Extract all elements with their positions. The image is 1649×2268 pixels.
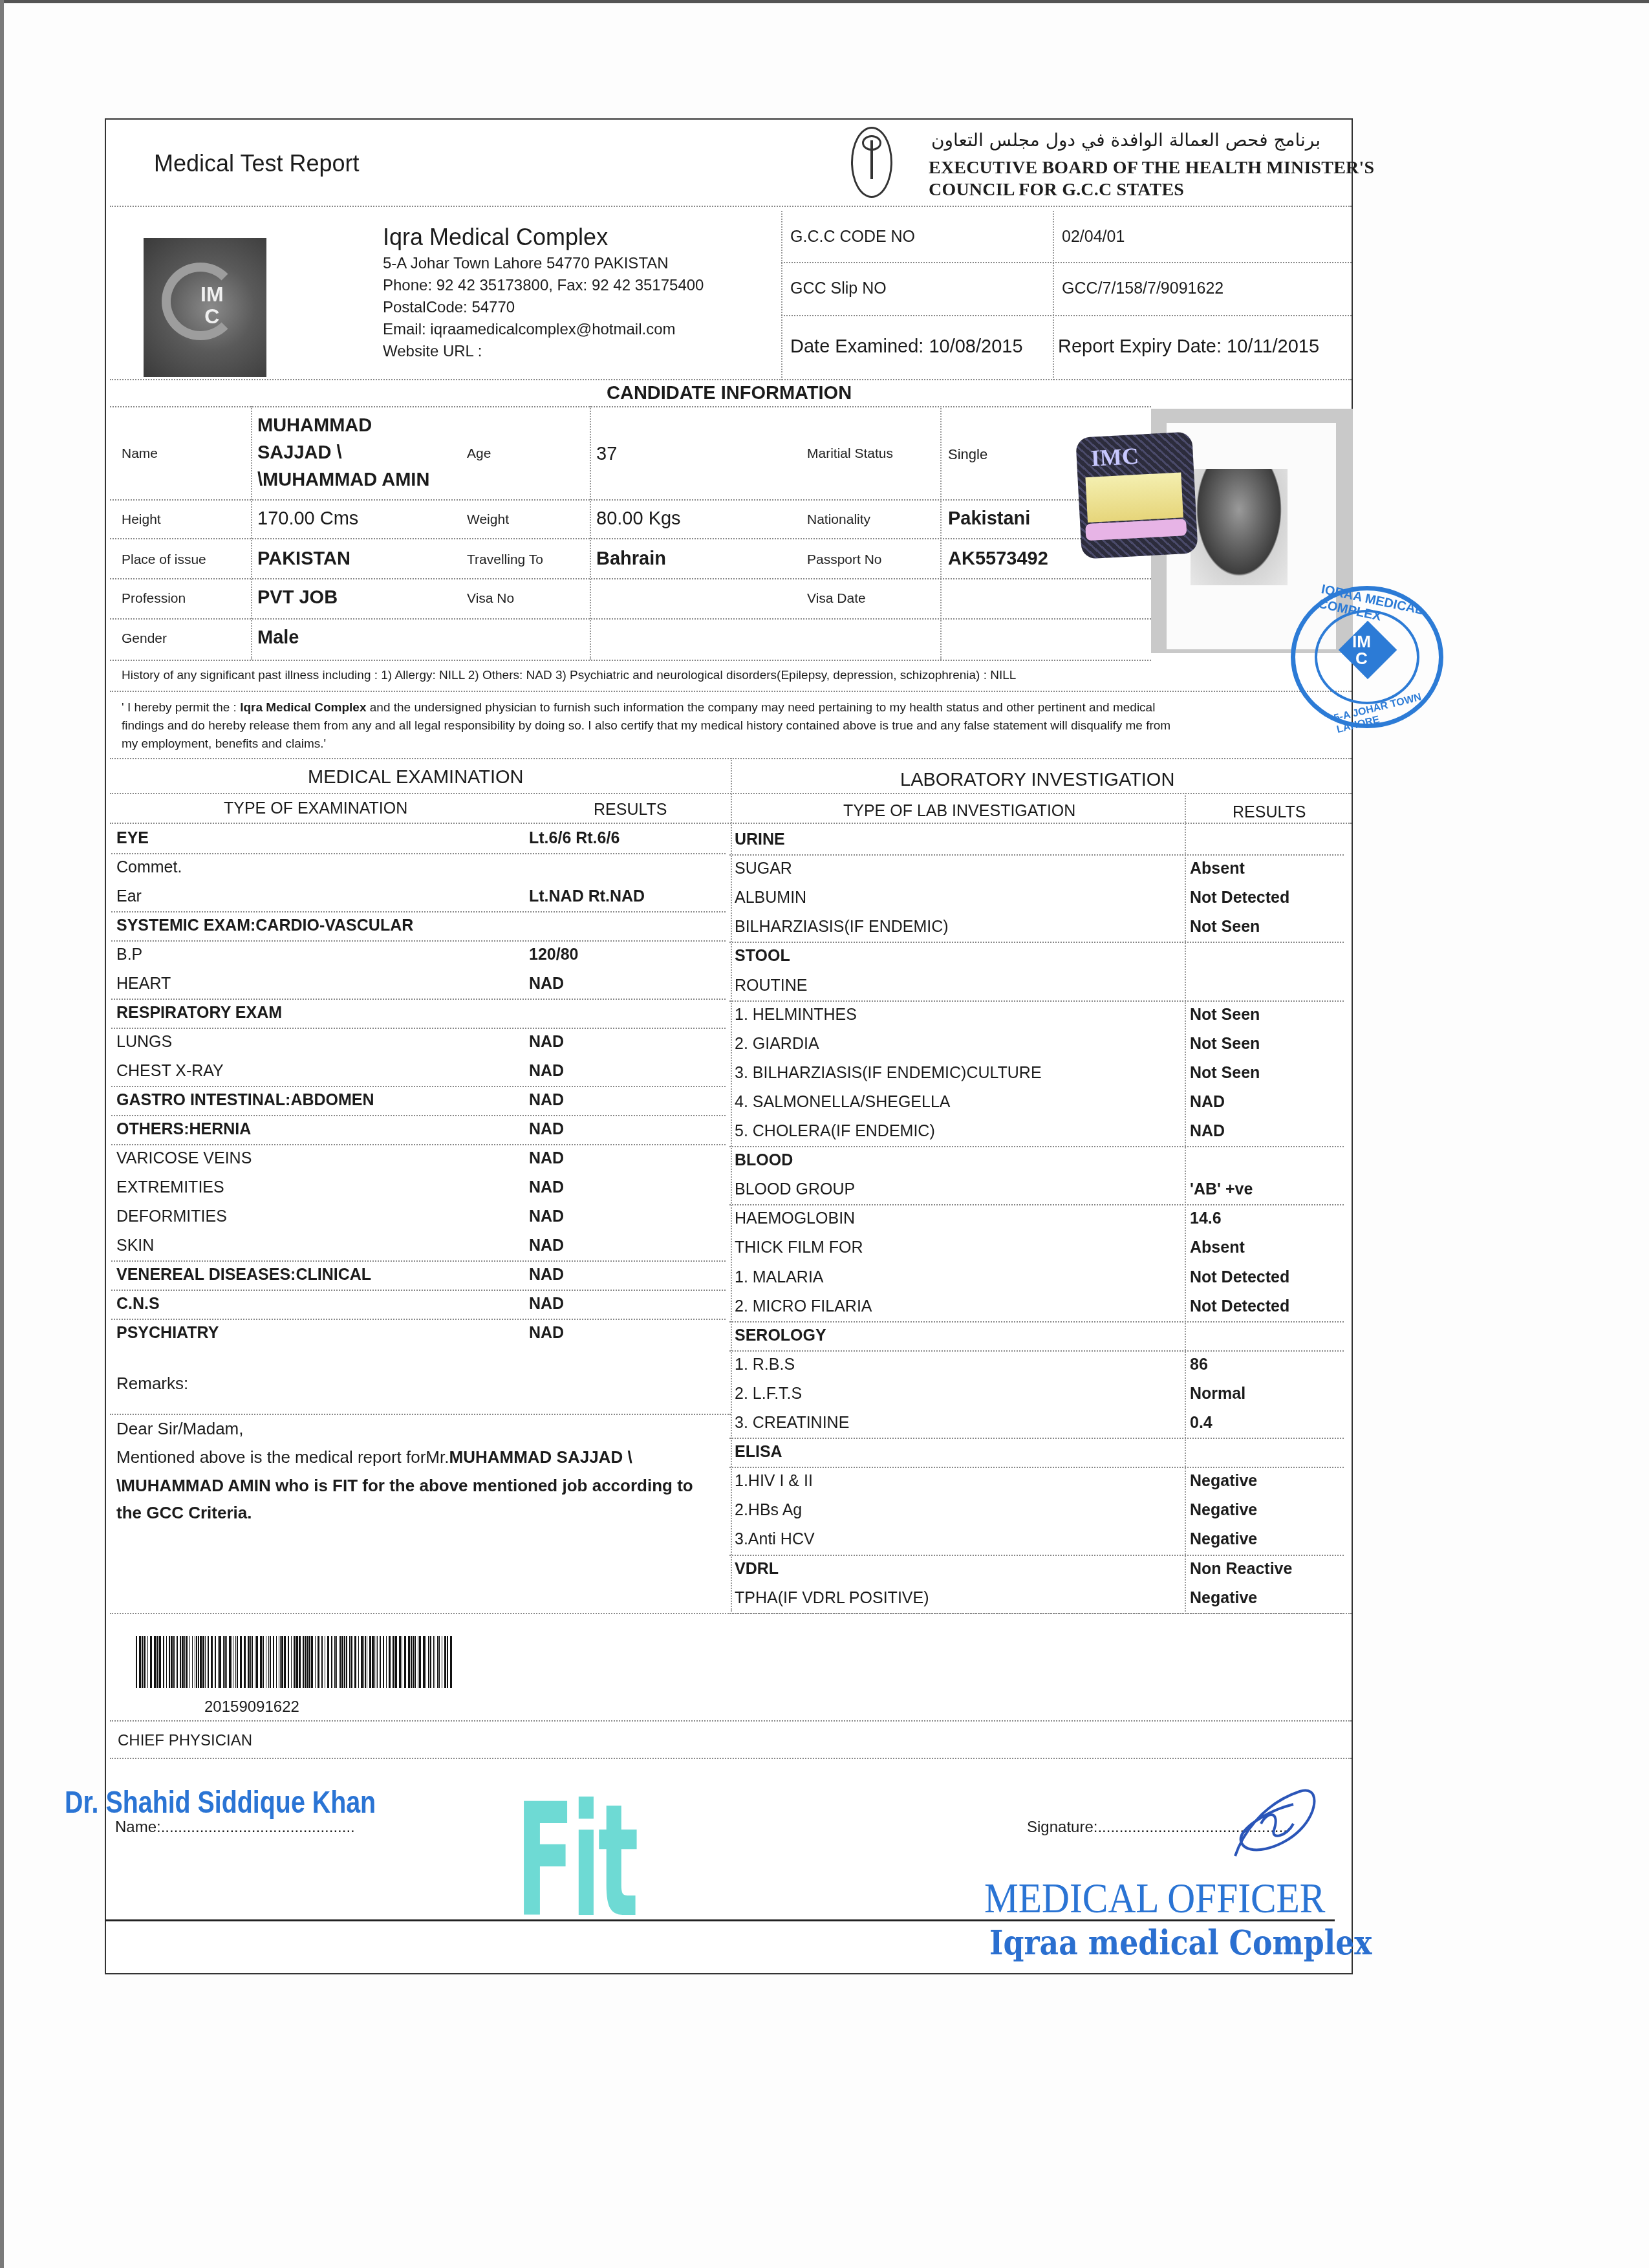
- divider: [110, 823, 1352, 824]
- chief-physician-label: CHIEF PHYSICIAN: [118, 1732, 252, 1750]
- consent-line-1: ' I hereby permit the : Iqra Medical Com…: [122, 701, 1155, 715]
- candidate-section-title: CANDIDATE INFORMATION: [607, 383, 852, 404]
- medical-col-results: RESULTS: [594, 801, 667, 819]
- gcc-code-value: 02/04/01: [1062, 228, 1125, 246]
- divider: [111, 911, 726, 913]
- divider: [110, 499, 1151, 501]
- report-title: Medical Test Report: [154, 150, 359, 177]
- profession-label: Profession: [122, 591, 186, 607]
- lab-row-result: Normal: [1190, 1385, 1245, 1403]
- divider: [781, 211, 782, 380]
- divider: [1185, 793, 1186, 1614]
- medical-row-label: SKIN: [116, 1237, 154, 1255]
- medical-row-result: NAD: [529, 1149, 564, 1168]
- lab-row-label: 2. L.F.T.S: [735, 1385, 802, 1403]
- lab-col-results: RESULTS: [1233, 803, 1306, 822]
- lab-row-result: 'AB' +ve: [1190, 1180, 1253, 1199]
- divider: [940, 406, 942, 660]
- consent-line-2: findings and do hereby release them from…: [122, 719, 1170, 733]
- lab-row-result: Not Seen: [1190, 1006, 1260, 1024]
- doctor-name-stamp: Dr. Shahid Siddique Khan: [65, 1785, 376, 1820]
- lab-row-label: 2. GIARDIA: [735, 1035, 819, 1053]
- clinic-name-stamp: Iqraa medical Complex: [989, 1923, 1372, 1963]
- lab-row-result: Negative: [1190, 1589, 1257, 1608]
- divider: [111, 999, 726, 1000]
- lab-row-label: URINE: [735, 830, 785, 849]
- divider: [110, 406, 1151, 407]
- divider: [251, 406, 252, 660]
- divider: [111, 1319, 726, 1320]
- divider: [110, 1414, 731, 1415]
- medical-row-label: Ear: [116, 887, 142, 906]
- clinic-round-stamp: IMC IQRAA MEDICAL COMPLEX 5-A JOHAR TOWN…: [1291, 586, 1443, 728]
- lab-row-label: 2.HBs Ag: [735, 1501, 802, 1520]
- divider: [781, 262, 1352, 263]
- lab-row-result: NAD: [1190, 1122, 1225, 1141]
- medical-row-label: HEART: [116, 975, 171, 993]
- name-field-label: Name:...................................…: [115, 1819, 355, 1837]
- divider: [781, 315, 1352, 316]
- divider: [110, 206, 1352, 207]
- divider: [110, 618, 1151, 620]
- imc-hologram-sticker: IMC: [1075, 431, 1198, 559]
- travelling-to-label: Travelling To: [467, 552, 543, 568]
- age-label: Age: [467, 446, 491, 462]
- medical-row-result: NAD: [529, 1120, 564, 1139]
- divider: [111, 1290, 726, 1291]
- medical-col-type: TYPE OF EXAMINATION: [224, 799, 407, 818]
- divider: [729, 1438, 1344, 1439]
- divider: [111, 940, 726, 942]
- lab-row-label: ALBUMIN: [735, 889, 806, 907]
- divider: [111, 1028, 726, 1029]
- name-label: Name: [122, 446, 158, 462]
- medical-row-result: NAD: [529, 1237, 564, 1255]
- lab-row-result: Not Detected: [1190, 1268, 1289, 1287]
- place-of-issue-value: PAKISTAN: [257, 548, 350, 570]
- lab-row-result: 0.4: [1190, 1414, 1212, 1432]
- medical-exam-title: MEDICAL EXAMINATION: [308, 767, 524, 788]
- letter-line-1: Mentioned above is the medical report fo…: [116, 1447, 632, 1467]
- lab-row-label: SUGAR: [735, 859, 792, 878]
- visa-no-label: Visa No: [467, 591, 514, 607]
- letter-line-2: \MUHAMMAD AMIN who is FIT for the above …: [116, 1476, 693, 1496]
- clinic-postal: PostalCode: 54770: [383, 299, 515, 317]
- medical-row-result: NAD: [529, 1266, 564, 1284]
- medical-row-label: DEFORMITIES: [116, 1207, 227, 1226]
- gender-label: Gender: [122, 631, 167, 647]
- signature-scribble-icon: [1222, 1785, 1326, 1863]
- name-line-2: SAJJAD \: [257, 442, 342, 464]
- profession-value: PVT JOB: [257, 587, 338, 609]
- divider: [110, 538, 1151, 539]
- lab-row-label: 3.Anti HCV: [735, 1530, 815, 1549]
- medical-row-label: OTHERS:HERNIA: [116, 1120, 251, 1139]
- hologram-label: IMC: [1090, 442, 1139, 472]
- passport-value: AK5573492: [948, 548, 1048, 570]
- nationality-value: Pakistani: [948, 508, 1030, 530]
- divider: [590, 406, 591, 660]
- lab-row-result: Not Seen: [1190, 1035, 1260, 1053]
- lab-row-label: TPHA(IF VDRL POSITIVE): [735, 1589, 929, 1608]
- lab-col-type: TYPE OF LAB INVESTIGATION: [843, 802, 1075, 821]
- gcc-emblem-icon: [851, 127, 892, 198]
- marital-label: Maritial Status: [807, 446, 893, 462]
- lab-title: LABORATORY INVESTIGATION: [900, 770, 1174, 791]
- medical-row-label: EXTREMITIES: [116, 1178, 224, 1197]
- divider: [729, 1000, 1344, 1002]
- medical-row-label: CHEST X-RAY: [116, 1062, 224, 1081]
- age-value: 37: [596, 444, 617, 465]
- lab-row-label: ELISA: [735, 1443, 782, 1462]
- clinic-address: 5-A Johar Town Lahore 54770 PAKISTAN: [383, 255, 669, 273]
- lab-row-label: HAEMOGLOBIN: [735, 1209, 855, 1228]
- divider: [731, 758, 732, 1612]
- lab-row-label: 1.HIV I & II: [735, 1472, 813, 1491]
- divider: [111, 1260, 726, 1262]
- divider: [111, 1115, 726, 1116]
- medical-row-result: NAD: [529, 975, 564, 993]
- medical-row-result: 120/80: [529, 945, 578, 964]
- medical-row-label: LUNGS: [116, 1033, 172, 1052]
- divider: [110, 660, 1151, 661]
- lab-row-result: Negative: [1190, 1530, 1257, 1549]
- candidate-photo: [1191, 469, 1288, 585]
- remarks-label: Remarks:: [116, 1374, 188, 1394]
- lab-row-result: 14.6: [1190, 1209, 1222, 1228]
- lab-row-label: 5. CHOLERA(IF ENDEMIC): [735, 1122, 935, 1141]
- medical-row-result: NAD: [529, 1033, 564, 1052]
- medical-officer-stamp: MEDICAL OFFICER: [984, 1874, 1325, 1923]
- medical-row-label: GASTRO INTESTINAL:ABDOMEN: [116, 1091, 374, 1110]
- height-label: Height: [122, 512, 161, 528]
- nationality-label: Nationality: [807, 512, 870, 528]
- divider: [729, 1350, 1344, 1352]
- stamp-center-text: IMC: [1352, 633, 1371, 667]
- height-value: 170.00 Cms: [257, 508, 358, 530]
- name-line-3: \MUHAMMAD AMIN: [257, 470, 429, 491]
- medical-row-label: EYE: [116, 829, 149, 848]
- medical-row-result: NAD: [529, 1178, 564, 1197]
- gcc-slip-label: GCC Slip NO: [790, 279, 887, 298]
- lab-row-result: Absent: [1190, 859, 1245, 878]
- marital-value: Single: [948, 446, 987, 463]
- medical-row-label: VENEREAL DISEASES:CLINICAL: [116, 1266, 371, 1284]
- lab-row-result: Not Detected: [1190, 1297, 1289, 1316]
- medical-row-label: PSYCHIATRY: [116, 1324, 219, 1343]
- lab-row-label: 3. BILHARZIASIS(IF ENDEMIC)CULTURE: [735, 1064, 1042, 1083]
- lab-row-label: 1. R.B.S: [735, 1355, 795, 1374]
- divider: [110, 1613, 1352, 1614]
- divider: [729, 1467, 1344, 1468]
- lab-row-result: Negative: [1190, 1472, 1257, 1491]
- clinic-website: Website URL :: [383, 343, 482, 361]
- divider: [1053, 211, 1054, 380]
- consent-line-3: my employment, benefits and claims.': [122, 737, 326, 751]
- lab-row-label: 4. SALMONELLA/SHEGELLA: [735, 1093, 950, 1112]
- divider: [111, 853, 726, 854]
- medical-row-label: B.P: [116, 945, 142, 964]
- board-arabic: برنامج فحص العمالة الوافدة في دول مجلس ا…: [931, 129, 1320, 151]
- divider: [111, 1086, 726, 1087]
- place-of-issue-label: Place of issue: [122, 552, 206, 568]
- scan-left-edge: [0, 0, 4, 2268]
- visa-date-label: Visa Date: [807, 591, 866, 607]
- gcc-code-label: G.C.C CODE NO: [790, 228, 915, 246]
- clinic-phone-fax: Phone: 92 42 35173800, Fax: 92 42 351754…: [383, 277, 704, 295]
- gender-value: Male: [257, 627, 299, 649]
- lab-row-result: Not Seen: [1190, 1064, 1260, 1083]
- fit-stamp: Fit: [516, 1771, 636, 1952]
- lab-row-result: NAD: [1190, 1093, 1225, 1112]
- divider: [111, 1144, 726, 1145]
- lab-row-label: 1. MALARIA: [735, 1268, 824, 1287]
- medical-row-result: NAD: [529, 1091, 564, 1110]
- divider: [110, 1758, 1352, 1759]
- medical-row-result: NAD: [529, 1324, 564, 1343]
- lab-row-label: 3. CREATININE: [735, 1414, 849, 1432]
- weight-label: Weight: [467, 512, 509, 528]
- divider: [729, 942, 1344, 943]
- divider: [110, 379, 1352, 380]
- lab-row-result: Negative: [1190, 1501, 1257, 1520]
- letter-line-3: the GCC Criteria.: [116, 1503, 252, 1523]
- medical-row-label: C.N.S: [116, 1295, 160, 1313]
- medical-row-result: NAD: [529, 1062, 564, 1081]
- divider: [110, 1720, 1352, 1722]
- scan-top-edge: [0, 0, 1649, 3]
- divider: [729, 1321, 1344, 1323]
- medical-row-result: NAD: [529, 1295, 564, 1313]
- name-line-1: MUHAMMAD: [257, 415, 372, 437]
- report-expiry-date: Report Expiry Date: 10/11/2015: [1058, 336, 1319, 358]
- travelling-to-value: Bahrain: [596, 548, 666, 570]
- medical-row-label: Commet.: [116, 858, 182, 877]
- clinic-name: Iqra Medical Complex: [383, 224, 608, 251]
- barcode: [136, 1636, 455, 1688]
- lab-row-label: 2. MICRO FILARIA: [735, 1297, 872, 1316]
- letter-greeting: Dear Sir/Madam,: [116, 1419, 244, 1439]
- divider: [110, 793, 1352, 794]
- logo-letters: IMC: [200, 283, 224, 327]
- divider: [729, 1555, 1344, 1556]
- lab-row-label: VDRL: [735, 1560, 779, 1579]
- board-line-1: EXECUTIVE BOARD OF THE HEALTH MINISTER'S: [929, 158, 1374, 178]
- divider: [729, 1146, 1344, 1147]
- hologram-ribbon: [1085, 519, 1187, 541]
- lab-row-result: Not Seen: [1190, 918, 1260, 936]
- lab-row-label: THICK FILM FOR: [735, 1238, 863, 1257]
- medical-row-label: VARICOSE VEINS: [116, 1149, 252, 1168]
- lab-row-result: 86: [1190, 1355, 1208, 1374]
- lab-row-result: Not Detected: [1190, 889, 1289, 907]
- lab-row-label: SEROLOGY: [735, 1326, 826, 1345]
- lab-row-label: BILHARZIASIS(IF ENDEMIC): [735, 918, 949, 936]
- illness-history: History of any significant past illness …: [122, 669, 1016, 683]
- medical-row-result: NAD: [529, 1207, 564, 1226]
- lab-row-result: Non Reactive: [1190, 1560, 1292, 1579]
- gcc-slip-value: GCC/7/158/7/9091622: [1062, 279, 1223, 298]
- divider: [729, 854, 1344, 856]
- barcode-number: 20159091622: [204, 1698, 299, 1716]
- divider: [110, 578, 1151, 579]
- lab-row-result: Absent: [1190, 1238, 1245, 1257]
- lab-row-label: BLOOD GROUP: [735, 1180, 855, 1199]
- lab-row-label: 1. HELMINTHES: [735, 1006, 857, 1024]
- weight-value: 80.00 Kgs: [596, 508, 681, 530]
- date-examined: Date Examined: 10/08/2015: [790, 336, 1023, 358]
- medical-row-result: Lt.6/6 Rt.6/6: [529, 829, 620, 848]
- hologram-building-icon: [1085, 472, 1183, 523]
- clinic-logo: IMC: [144, 238, 266, 377]
- divider: [110, 691, 1352, 692]
- lab-row-label: ROUTINE: [735, 977, 808, 995]
- divider: [729, 1204, 1344, 1205]
- medical-row-result: Lt.NAD Rt.NAD: [529, 887, 645, 906]
- board-line-2: COUNCIL FOR G.C.C STATES: [929, 180, 1184, 200]
- medical-row-label: RESPIRATORY EXAM: [116, 1004, 282, 1022]
- lab-row-label: BLOOD: [735, 1151, 793, 1170]
- passport-label: Passport No: [807, 552, 882, 568]
- lab-row-label: STOOL: [735, 947, 790, 966]
- clinic-email[interactable]: Email: iqraamedicalcomplex@hotmail.com: [383, 321, 676, 339]
- medical-row-label: SYSTEMIC EXAM:CARDIO-VASCULAR: [116, 916, 413, 935]
